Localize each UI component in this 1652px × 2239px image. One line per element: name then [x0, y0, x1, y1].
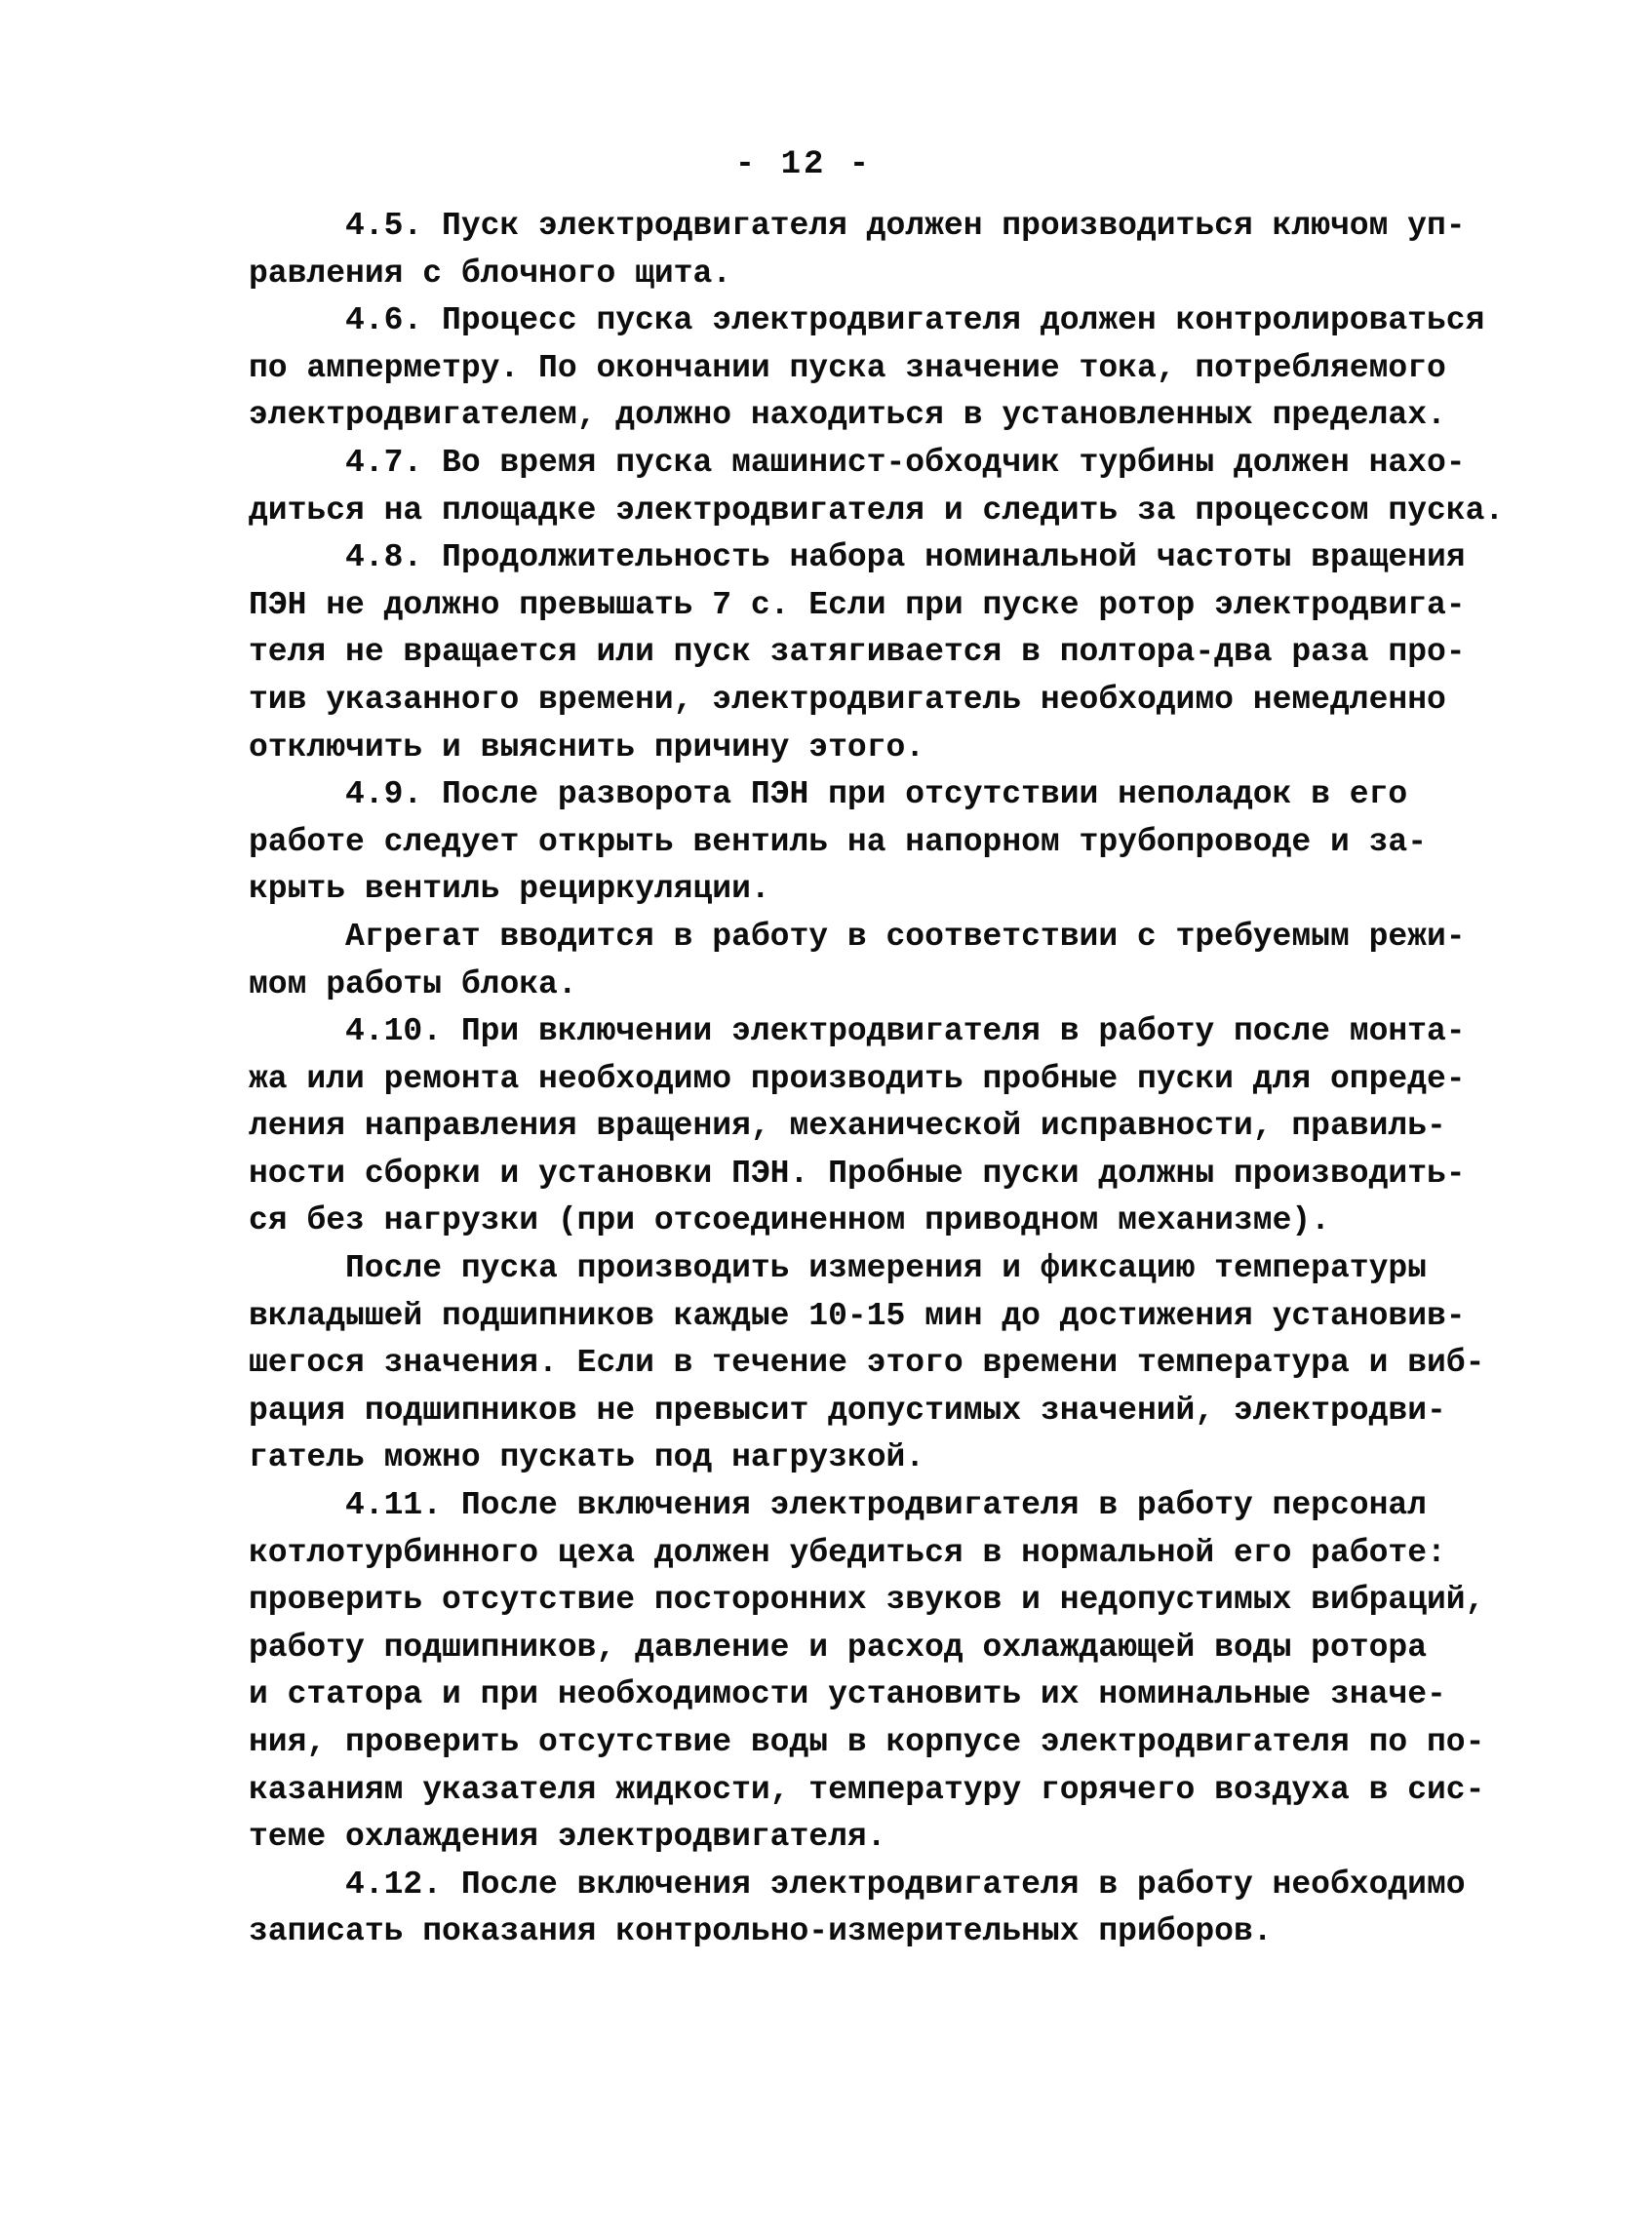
text-line: 4.12. После включения электродвигателя в…	[249, 1862, 1516, 1909]
text-line: ПЭН не должно превышать 7 с. Если при пу…	[249, 582, 1516, 630]
text-line: 4.9. После разворота ПЭН при отсутствии …	[249, 771, 1516, 819]
paragraph-4-12: 4.12. После включения электродвигателя в…	[249, 1862, 1516, 1956]
text-line: работе следует открыть вентиль на напорн…	[249, 819, 1516, 867]
text-line: казаниям указателя жидкости, температуру…	[249, 1767, 1516, 1815]
paragraph-4-8: 4.8. Продолжительность набора номинально…	[249, 534, 1516, 771]
text-line: отключить и выяснить причину этого.	[249, 725, 1516, 772]
text-line: работу подшипников, давление и расход ох…	[249, 1625, 1516, 1672]
paragraph-4-10: 4.10. При включении электродвигателя в р…	[249, 1008, 1516, 1245]
paragraph-4-5: 4.5. Пуск электродвигателя должен произв…	[249, 203, 1516, 297]
text-line: диться на площадке электродвигателя и сл…	[249, 488, 1516, 535]
text-line: и статора и при необходимости установить…	[249, 1671, 1516, 1719]
text-line: 4.7. Во время пуска машинист-обходчик ту…	[249, 440, 1516, 488]
text-line: ся без нагрузки (при отсоединенном приво…	[249, 1198, 1516, 1245]
text-line: 4.6. Процесс пуска электродвигателя долж…	[249, 297, 1516, 345]
text-line: жа или ремонта необходимо производить пр…	[249, 1056, 1516, 1104]
document-body: 4.5. Пуск электродвигателя должен произв…	[249, 203, 1516, 1956]
text-line: ния, проверить отсутствие воды в корпусе…	[249, 1719, 1516, 1767]
text-line: 4.11. После включения электродвигателя в…	[249, 1482, 1516, 1530]
paragraph-agregat: Агрегат вводится в работу в соответствии…	[249, 914, 1516, 1008]
text-line: 4.5. Пуск электродвигателя должен произв…	[249, 203, 1516, 251]
paragraph-4-6: 4.6. Процесс пуска электродвигателя долж…	[249, 297, 1516, 440]
text-line: электродвигателем, должно находиться в у…	[249, 392, 1516, 440]
text-line: 4.8. Продолжительность набора номинально…	[249, 534, 1516, 582]
page-number: - 12 -	[0, 146, 1607, 183]
text-line: котлотурбинного цеха должен убедиться в …	[249, 1530, 1516, 1578]
text-line: шегося значения. Если в течение этого вр…	[249, 1340, 1516, 1388]
text-line: теме охлаждения электродвигателя.	[249, 1814, 1516, 1862]
text-line: рация подшипников не превысит допустимых…	[249, 1388, 1516, 1435]
text-line: мом работы блока.	[249, 962, 1516, 1009]
text-line: гатель можно пускать под нагрузкой.	[249, 1434, 1516, 1482]
text-line: тив указанного времени, электродвигатель…	[249, 677, 1516, 725]
text-line: равления с блочного щита.	[249, 251, 1516, 298]
text-line: ности сборки и установки ПЭН. Пробные пу…	[249, 1151, 1516, 1198]
text-line: проверить отсутствие посторонних звуков …	[249, 1577, 1516, 1625]
paragraph-posle-puska: После пуска производить измерения и фикс…	[249, 1245, 1516, 1482]
text-line: После пуска производить измерения и фикс…	[249, 1245, 1516, 1293]
text-line: ления направления вращения, механической…	[249, 1103, 1516, 1151]
text-line: записать показания контрольно-измеритель…	[249, 1908, 1516, 1956]
text-line: Агрегат вводится в работу в соответствии…	[249, 914, 1516, 962]
document-page: - 12 - 4.5. Пуск электродвигателя должен…	[0, 0, 1652, 2239]
text-line: вкладышей подшипников каждые 10-15 мин д…	[249, 1293, 1516, 1341]
paragraph-4-11: 4.11. После включения электродвигателя в…	[249, 1482, 1516, 1862]
text-line: теля не вращается или пуск затягивается …	[249, 629, 1516, 677]
paragraph-4-7: 4.7. Во время пуска машинист-обходчик ту…	[249, 440, 1516, 534]
text-line: 4.10. При включении электродвигателя в р…	[249, 1008, 1516, 1056]
paragraph-4-9: 4.9. После разворота ПЭН при отсутствии …	[249, 771, 1516, 914]
text-line: по амперметру. По окончании пуска значен…	[249, 345, 1516, 393]
text-line: крыть вентиль рециркуляции.	[249, 866, 1516, 914]
